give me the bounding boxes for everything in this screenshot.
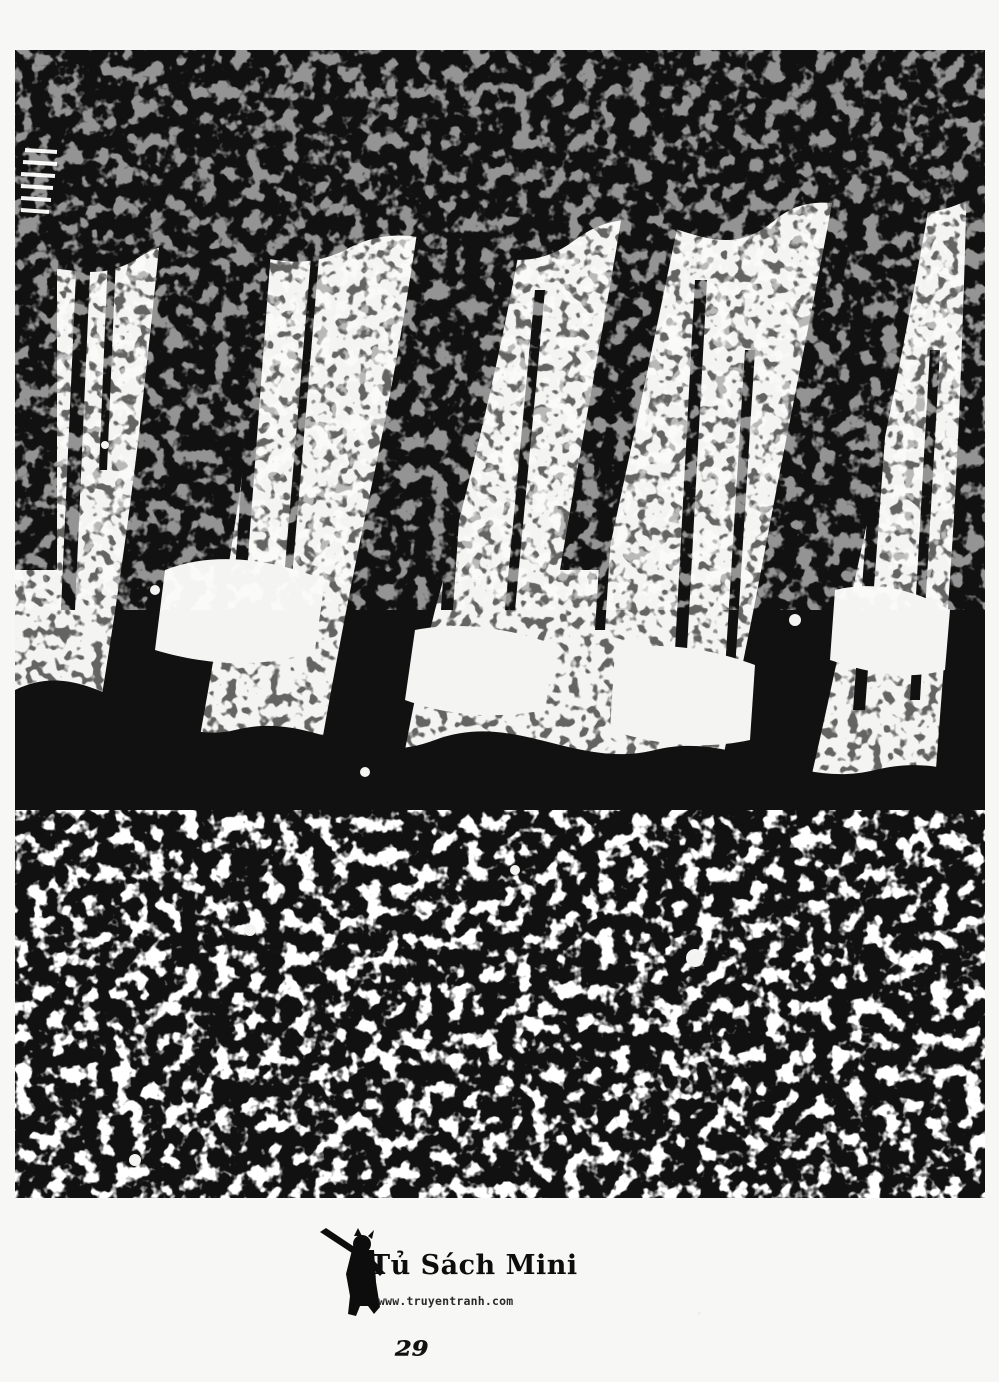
forest-illustration bbox=[15, 50, 985, 1198]
page-footer: Tủ Sách Mini www.truyentranh.com 29 bbox=[318, 1222, 608, 1372]
brand-title: Tủ Sách Mini bbox=[370, 1250, 578, 1281]
forest-illustration-art bbox=[15, 50, 985, 1198]
brand-url: www.truyentranh.com bbox=[378, 1294, 513, 1308]
page-number: 29 bbox=[395, 1336, 428, 1361]
